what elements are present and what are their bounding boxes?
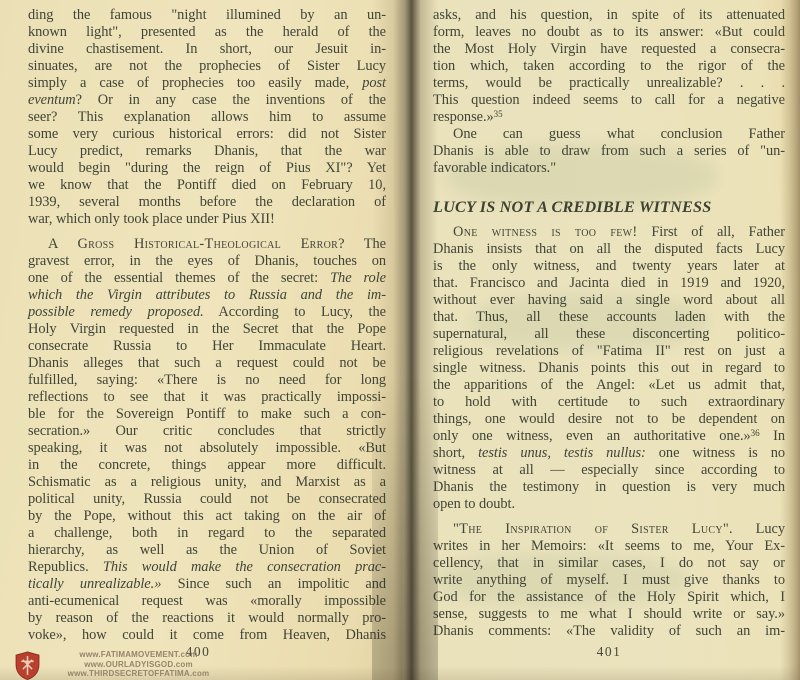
- text-segment: testis unus, testis nullus:: [478, 445, 646, 461]
- text-segment: by reason of the reactions it would norm…: [28, 610, 386, 626]
- text-segment: gravest error, in the eyes of Dhanis, to…: [28, 253, 386, 269]
- watermark-url: www.OURLADYISGOD.com: [46, 660, 231, 670]
- text-line: secration.» Our critic concludes that st…: [28, 423, 386, 440]
- text-segment: to hold with certitude to such extraordi…: [433, 394, 785, 410]
- text-segment: reflections to see that it was practical…: [28, 389, 386, 405]
- text-line: Holy Virgin requested in the Secret that…: [28, 321, 386, 338]
- text-segment: ble for the Sovereign Pontiff to make su…: [28, 406, 386, 422]
- paragraph: ding the famous "night illumined by an u…: [28, 7, 386, 228]
- text-line: cellency, that in similar cases, I do no…: [433, 555, 785, 572]
- text-line: LUCY IS NOT A CREDIBLE WITNESS: [433, 199, 785, 216]
- text-line: terms, would be practically unrealizable…: [433, 75, 785, 92]
- text-line: seer? This explanation allows him to ass…: [28, 109, 386, 126]
- text-line: one of the essential themes of the secre…: [28, 270, 386, 287]
- text-segment: This question indeed seems to call for a…: [433, 92, 785, 108]
- text-line: Dhanis alleges that such a request could…: [28, 355, 386, 372]
- text-segment: war, which only took place under Pius XI…: [28, 211, 275, 227]
- text-segment: "The Inspiration of Sister Lucy".: [453, 521, 733, 537]
- text-line: religious revelations of "Fatima II" res…: [433, 343, 785, 360]
- text-segment: 36: [751, 428, 760, 438]
- text-line: open to doubt.: [433, 496, 785, 513]
- text-line: only one witness, even an authoritative …: [433, 428, 785, 445]
- text-segment: Dhanis insists that on all the disputed …: [433, 241, 785, 257]
- text-segment: would begin "during the reign of Pius XI…: [28, 160, 386, 176]
- text-segment: in the concrete, things appear more diff…: [28, 457, 386, 473]
- text-line: things, one would desire not to be depen…: [433, 411, 785, 428]
- text-segment: tion which, taken according to the rigor…: [433, 58, 785, 74]
- text-segment: open to doubt.: [433, 496, 515, 512]
- text-segment: simply a case of prophecies too easily m…: [28, 75, 362, 91]
- text-segment: which the Virgin attributes to Russia an…: [28, 287, 386, 303]
- text-segment: seer? This explanation allows him to ass…: [28, 109, 386, 125]
- text-line: Republics. This would make the consecrat…: [28, 559, 386, 576]
- text-line: single witness. Dhanis points this out i…: [433, 360, 785, 377]
- text-line: writes in her Memoirs: «It seems to me, …: [433, 538, 785, 555]
- text-line: ding the famous "night illumined by an u…: [28, 7, 386, 24]
- text-line: some very curious historical errors: did…: [28, 126, 386, 143]
- text-line: sinuates, are not the prophecies of Sist…: [28, 58, 386, 75]
- text-segment: divine chastisement. In short, our Jesui…: [28, 41, 386, 57]
- text-segment: anti-ecumenical request was «morally imp…: [28, 593, 386, 609]
- text-segment: by the Pope, without this act taking on …: [28, 508, 386, 524]
- book-scan: ding the famous "night illumined by an u…: [0, 0, 800, 680]
- text-segment: hierarchy, as well as the Union of Sovie…: [28, 542, 386, 558]
- text-line: simply a case of prophecies too easily m…: [28, 75, 386, 92]
- watermark: www.FATIMAMOVEMENT.com www.OURLADYISGOD.…: [14, 648, 231, 680]
- paragraph: One can guess what conclusion FatherDhan…: [433, 126, 785, 177]
- text-line: possible remedy proposed. According to L…: [28, 304, 386, 321]
- fatima-crest-icon: [14, 651, 41, 680]
- text-line: asks, and his question, in spite of its …: [433, 7, 785, 24]
- text-segment: write anything of myself. I must give th…: [433, 572, 785, 588]
- text-line: a challenge, both in regard to the separ…: [28, 525, 386, 542]
- text-line: reflections to see that it was practical…: [28, 389, 386, 406]
- text-segment: Dhanis comments: «The validity of such a…: [433, 623, 785, 639]
- text-segment: some very curious historical errors: did…: [28, 126, 386, 142]
- text-segment: voke», how could it come from Heaven, Dh…: [28, 627, 386, 643]
- text-segment: According to Lucy, the: [204, 304, 386, 320]
- text-segment: One witness is too few!: [453, 224, 638, 240]
- text-segment: 35: [494, 109, 503, 119]
- text-segment: Republics.: [28, 559, 103, 575]
- page-right: asks, and his question, in spite of its …: [402, 0, 800, 680]
- text-segment: cellency, that in similar cases, I do no…: [433, 555, 785, 571]
- text-segment: asks, and his question, in spite of its …: [433, 7, 785, 23]
- text-segment: we know that the Pontiff died on Februar…: [28, 177, 386, 193]
- text-segment: ding the famous "night illumined by an u…: [28, 7, 386, 23]
- text-segment: political unity, Russia could not be con…: [28, 491, 386, 507]
- text-line: supernatural, all these disconcerting po…: [433, 326, 785, 343]
- text-segment: Dhanis is able to draw from such a serie…: [433, 143, 785, 159]
- text-line: hierarchy, as well as the Union of Sovie…: [28, 542, 386, 559]
- text-line: would begin "during the reign of Pius XI…: [28, 160, 386, 177]
- text-segment: possible remedy proposed.: [28, 304, 204, 320]
- text-segment: A Gross Historical-Theological Error?: [48, 236, 345, 252]
- page-left: ding the famous "night illumined by an u…: [0, 0, 402, 680]
- text-segment: the Most Holy Virgin have requested a co…: [433, 41, 785, 57]
- section-heading: LUCY IS NOT A CREDIBLE WITNESS: [433, 199, 785, 216]
- text-line: the Most Holy Virgin have requested a co…: [433, 41, 785, 58]
- text-segment: terms, would be practically unrealizable…: [433, 75, 785, 91]
- page-left-text: ding the famous "night illumined by an u…: [28, 7, 386, 644]
- text-line: by reason of the reactions it would norm…: [28, 610, 386, 627]
- text-line: in the concrete, things appear more diff…: [28, 457, 386, 474]
- text-segment: known light", presented as the herald of…: [28, 24, 386, 40]
- text-line: eventum? Or in any case the inventions o…: [28, 92, 386, 109]
- text-segment: single witness. Dhanis points this out i…: [433, 360, 785, 376]
- text-line: Lucy predict, remarks Dhanis, that the w…: [28, 143, 386, 160]
- watermark-url: www.THIRDSECRETOFFATIMA.com: [46, 669, 231, 679]
- text-line: to hold with certitude to such extraordi…: [433, 394, 785, 411]
- text-segment: First of all, Father: [638, 224, 785, 240]
- text-segment: response.»: [433, 109, 494, 125]
- text-segment: consecrate Russia to Her Immaculate Hear…: [28, 338, 386, 354]
- text-line: which the Virgin attributes to Russia an…: [28, 287, 386, 304]
- text-line: without ever having said a single word a…: [433, 292, 785, 309]
- text-line: form, leaves no doubt as to its answer: …: [433, 24, 785, 41]
- text-line: This question indeed seems to call for a…: [433, 92, 785, 109]
- text-segment: Schismatic as a religious unity, and Mar…: [28, 474, 386, 490]
- text-segment: is the only witness, and twenty years la…: [433, 258, 785, 274]
- text-segment: form, leaves no doubt as to its answer: …: [433, 24, 785, 40]
- text-line: that. Thus, all these accounts laden wit…: [433, 309, 785, 326]
- text-line: short, testis unus, testis nullus: one w…: [433, 445, 785, 462]
- text-segment: sinuates, are not the prophecies of Sist…: [28, 58, 386, 74]
- text-line: the apparitions of the Angel: «Let us ad…: [433, 377, 785, 394]
- watermark-url: www.FATIMAMOVEMENT.com: [46, 650, 231, 660]
- text-line: is the only witness, and twenty years la…: [433, 258, 785, 275]
- paragraph: A Gross Historical-Theological Error? Th…: [28, 236, 386, 644]
- text-segment: Dhanis the testimony in question is very…: [433, 479, 785, 495]
- text-line: war, which only took place under Pius XI…: [28, 211, 386, 228]
- watermark-urls: www.FATIMAMOVEMENT.com www.OURLADYISGOD.…: [46, 650, 231, 679]
- text-segment: the apparitions of the Angel: «Let us ad…: [433, 377, 785, 393]
- text-segment: writes in her Memoirs: «It seems to me, …: [433, 538, 785, 554]
- text-segment: sense, suggests to me what I should writ…: [433, 606, 785, 622]
- text-line: tically unrealizable.» Since such an imp…: [28, 576, 386, 593]
- text-segment: LUCY IS NOT A CREDIBLE WITNESS: [433, 198, 711, 216]
- text-segment: ? Or in any case the inventions of the: [76, 92, 386, 108]
- text-line: Dhanis insists that on all the disputed …: [433, 241, 785, 258]
- text-line: 1939, several months before the declarat…: [28, 194, 386, 211]
- text-segment: In: [760, 428, 785, 444]
- text-segment: 1939, several months before the declarat…: [28, 194, 386, 210]
- text-segment: short,: [433, 445, 478, 461]
- text-line: divine chastisement. In short, our Jesui…: [28, 41, 386, 58]
- paragraph: "The Inspiration of Sister Lucy". Lucywr…: [433, 521, 785, 640]
- text-line: witness at all — especially since accord…: [433, 462, 785, 479]
- text-segment: post: [362, 75, 386, 91]
- text-line: tion which, taken according to the rigor…: [433, 58, 785, 75]
- text-line: favorable indicators.": [433, 160, 785, 177]
- text-segment: one witness is no: [646, 445, 785, 461]
- paragraph: One witness is too few! First of all, Fa…: [433, 224, 785, 513]
- text-segment: one of the essential themes of the secre…: [28, 270, 330, 286]
- text-segment: that. Francisco and Jacinta died in 1919…: [433, 275, 785, 291]
- text-line: write anything of myself. I must give th…: [433, 572, 785, 589]
- text-segment: that. Thus, all these accounts laden wit…: [433, 309, 785, 325]
- text-line: God for the assistance of the Holy Spiri…: [433, 589, 785, 606]
- text-segment: Holy Virgin requested in the Secret that…: [28, 321, 386, 337]
- text-line: response.»35: [433, 109, 785, 126]
- text-line: gravest error, in the eyes of Dhanis, to…: [28, 253, 386, 270]
- paragraph: asks, and his question, in spite of its …: [433, 7, 785, 126]
- text-segment: The role: [330, 270, 386, 286]
- text-segment: fulfilled, saying: «There is no need for…: [28, 372, 386, 388]
- text-segment: without ever having said a single word a…: [433, 292, 785, 308]
- text-line: that. Francisco and Jacinta died in 1919…: [433, 275, 785, 292]
- text-segment: Lucy predict, remarks Dhanis, that the w…: [28, 143, 386, 159]
- text-line: "The Inspiration of Sister Lucy". Lucy: [433, 521, 785, 538]
- text-line: known light", presented as the herald of…: [28, 24, 386, 41]
- text-line: speaking, it was not absolutely impossib…: [28, 440, 386, 457]
- text-segment: Dhanis alleges that such a request could…: [28, 355, 386, 371]
- text-segment: favorable indicators.": [433, 160, 556, 176]
- text-segment: tically unrealizable.»: [28, 576, 161, 592]
- text-segment: a challenge, both in regard to the separ…: [28, 525, 386, 541]
- text-line: anti-ecumenical request was «morally imp…: [28, 593, 386, 610]
- text-segment: religious revelations of "Fatima II" res…: [433, 343, 785, 359]
- text-line: Dhanis comments: «The validity of such a…: [433, 623, 785, 640]
- text-line: consecrate Russia to Her Immaculate Hear…: [28, 338, 386, 355]
- page-right-text: asks, and his question, in spite of its …: [433, 7, 785, 640]
- text-line: we know that the Pontiff died on Februar…: [28, 177, 386, 194]
- text-segment: eventum: [28, 92, 76, 108]
- text-line: political unity, Russia could not be con…: [28, 491, 386, 508]
- text-segment: speaking, it was not absolutely impossib…: [28, 440, 386, 456]
- text-line: Schismatic as a religious unity, and Mar…: [28, 474, 386, 491]
- text-segment: things, one would desire not to be depen…: [433, 411, 785, 427]
- text-segment: God for the assistance of the Holy Spiri…: [433, 589, 785, 605]
- text-line: One can guess what conclusion Father: [433, 126, 785, 143]
- page-number-right: 401: [433, 644, 785, 660]
- text-segment: The: [345, 236, 386, 252]
- text-line: One witness is too few! First of all, Fa…: [433, 224, 785, 241]
- text-line: Dhanis the testimony in question is very…: [433, 479, 785, 496]
- text-segment: Lucy: [733, 521, 785, 537]
- text-segment: This would make the consecration prac-: [103, 559, 386, 575]
- text-line: Dhanis is able to draw from such a serie…: [433, 143, 785, 160]
- text-segment: secration.» Our critic concludes that st…: [28, 423, 386, 439]
- text-line: A Gross Historical-Theological Error? Th…: [28, 236, 386, 253]
- text-segment: Since such an impolitic and: [161, 576, 386, 592]
- text-line: sense, suggests to me what I should writ…: [433, 606, 785, 623]
- text-line: voke», how could it come from Heaven, Dh…: [28, 627, 386, 644]
- text-line: by the Pope, without this act taking on …: [28, 508, 386, 525]
- text-segment: One can guess what conclusion Father: [453, 126, 785, 142]
- text-segment: witness at all — especially since accord…: [433, 462, 785, 478]
- text-segment: only one witness, even an authoritative …: [433, 428, 751, 444]
- text-line: ble for the Sovereign Pontiff to make su…: [28, 406, 386, 423]
- text-line: fulfilled, saying: «There is no need for…: [28, 372, 386, 389]
- text-segment: supernatural, all these disconcerting po…: [433, 326, 785, 342]
